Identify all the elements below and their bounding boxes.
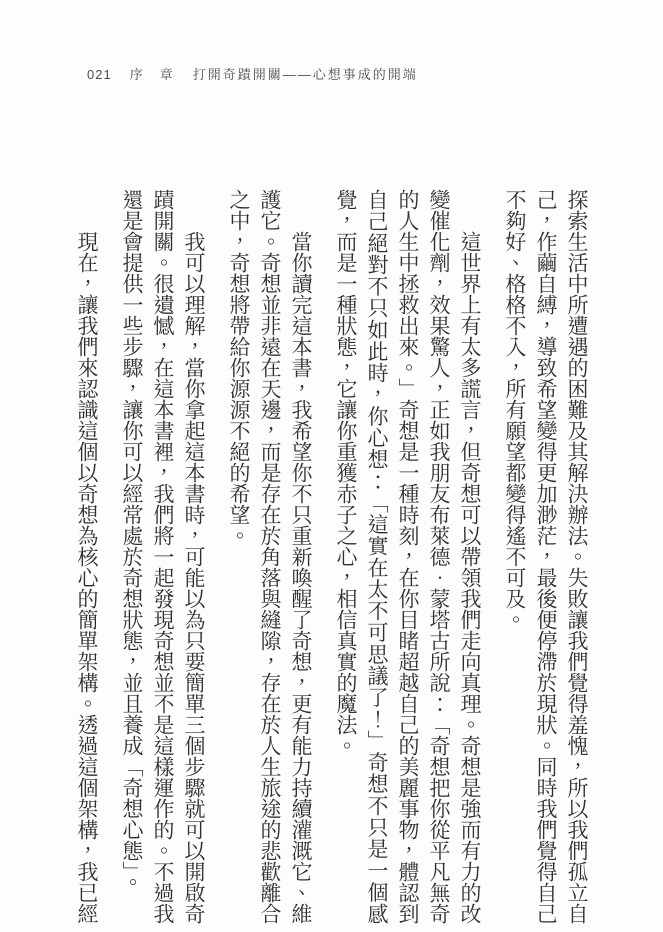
body-paragraph: 我可以理解，當你拿起這本書時，可能以為只要簡單三個步驟就可以開啟奇蹟開關。很遺憾… [116,189,209,924]
book-page: { "header": { "page_number": "021", "cha… [0,0,663,932]
body-paragraph: 探索生活中所遭遇的困難及其解決辦法。失敗讓我們覺得羞愧，所以我們孤立自己，作繭自… [499,189,592,924]
running-head: 021 序 章 打開奇蹟開關——心想事成的開端 [87,66,418,84]
body-paragraph: 現在，讓我們來認識這個以奇想為核心的簡單架構。透過這個架構，我已經 [71,189,102,924]
body-paragraph: 這世界上有太多謊言，但奇想可以帶領我們走向真理。奇想是強而有力的改變催化劑，效果… [330,189,485,924]
chapter-title: 打開奇蹟開關——心想事成的開端 [193,66,418,84]
body-text: 探索生活中所遭遇的困難及其解決辦法。失敗讓我們覺得羞愧，所以我們孤立自己，作繭自… [71,189,592,924]
page-number: 021 [87,66,112,84]
chapter-label: 序 章 [130,66,175,84]
body-paragraph: 當你讀完這本書，我希望你不只重新喚醒了奇想，更有能力持續灌溉它、維護它。奇想並非… [223,189,316,924]
